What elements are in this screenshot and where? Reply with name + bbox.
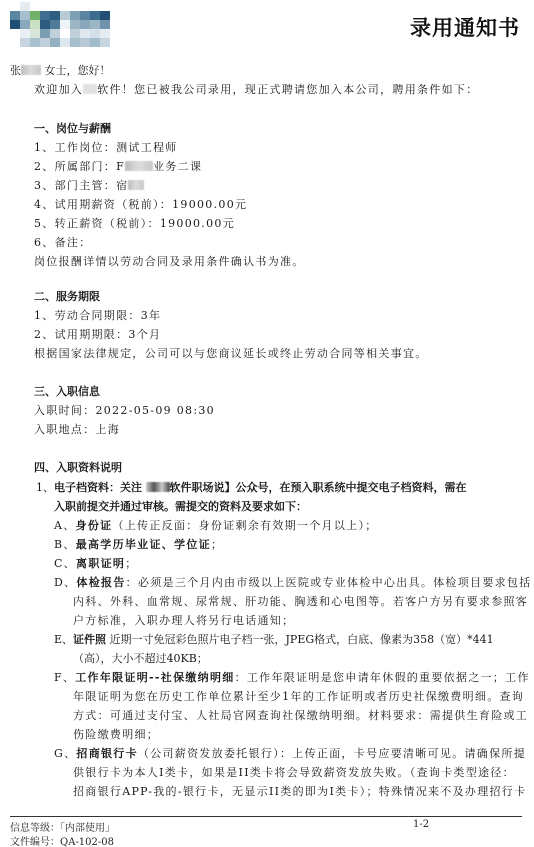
item-label: 2、所属部门：: [34, 160, 116, 173]
item-value: 3年: [141, 309, 162, 322]
section-heading-onboarding: 三、入职信息: [34, 385, 100, 399]
company-logo: [10, 2, 120, 48]
item-probation-salary: 4、试用期薪资（税前）：19000.00元: [34, 198, 247, 212]
item-number: 1、: [36, 481, 54, 494]
item-department: 2、所属部门：F业务二课: [34, 160, 202, 174]
material-medical-report-line-3: 户方标准，入职办理人将另行电话通知；: [73, 614, 294, 628]
section-heading-materials: 四、入职资料说明: [34, 461, 122, 475]
item-desc: ：工作年限证明是您申请年休假的重要依据之一；工作: [235, 671, 530, 684]
material-bank-card-line-3: 招商银行APP-我的-银行卡，无显示II类的即为I类卡）；特殊情况来不及办理招行…: [73, 785, 526, 799]
item-title: 最高学历毕业证、学位证: [76, 538, 211, 551]
item-label: 5、转正薪资（税前）：: [34, 217, 160, 230]
footer-info-level: 信息等级：「内部使用」: [10, 819, 115, 834]
material-bank-card: G、招商银行卡（公司薪资发放委托银行）：上传正面，卡号应要清晰可见。请确保所提: [54, 747, 526, 761]
section-heading-term: 二、服务期限: [34, 290, 100, 304]
item-value: 19000.00元: [160, 217, 235, 230]
onboarding-time: 入职时间：2022-05-09 08:30: [34, 404, 215, 418]
salutation: 张 女士，您好！: [10, 64, 111, 78]
item-value-prefix: F: [116, 160, 125, 173]
material-photo: E、证件照 近期一寸免冠彩色照片电子档一张，JPEG格式，白底、像素为358（宽…: [54, 633, 494, 647]
item-value: 上海: [96, 423, 121, 436]
page-number: 1-2: [413, 819, 429, 830]
item-value: 19000.00元: [172, 198, 247, 211]
onboarding-place: 入职地点：上海: [34, 423, 120, 437]
item-value-suffix: 业务二课: [153, 160, 202, 173]
item-title: 身份证: [76, 519, 113, 532]
item-letter: B、: [54, 538, 76, 551]
item-letter: A、: [54, 519, 76, 532]
item-letter: F、: [54, 671, 75, 684]
redacted-department: [125, 161, 153, 171]
material-resignation-cert: C、离职证明；: [54, 557, 138, 571]
item-value: 测试工程师: [116, 141, 178, 154]
salutation-surname: 张: [10, 64, 21, 77]
item-probation-term: 2、试用期期限：3个月: [34, 328, 161, 342]
item-label: 1、工作岗位：: [34, 141, 116, 154]
item-desc: （公司薪资发放委托银行）：上传正面，卡号应要清晰可见。请确保所提: [138, 747, 526, 760]
materials-item-1-line-2: 入职前提交并通过审核。需提交的资料及要求如下：: [54, 500, 307, 514]
material-id-card: A、身份证（上传正反面：身份证剩余有效期一个月以上）；: [54, 519, 378, 533]
redacted-company: [83, 84, 97, 94]
material-bank-card-line-2: 供银行卡为本人I类卡，如果是II类卡将会导致薪资发放失败。（查询卡类型途径：: [73, 766, 515, 780]
item-desc: ；: [211, 538, 223, 551]
item-job-title: 1、工作岗位：测试工程师: [34, 141, 178, 155]
material-work-years-proof-line-2: 年限证明为您在历史工作单位累计至少1年的工作证明或者历史社保缴费明细。查询: [73, 690, 524, 704]
item-title: 体检报告: [76, 576, 125, 589]
item-desc: ：必须是三个月内由市级以上医院或专业体检中心出具。体检项目要求包括: [126, 576, 532, 589]
item-label: 入职时间：: [34, 404, 96, 417]
material-work-years-proof: F、工作年限证明--社保缴纳明细：工作年限证明是您申请年休假的重要依据之一；工作: [54, 671, 530, 685]
salutation-suffix: 女士，您好！: [45, 64, 111, 77]
section-heading-position: 一、岗位与薪酬: [34, 122, 111, 136]
item-letter: D、: [54, 576, 76, 589]
item-desc: 近期一寸免冠彩色照片电子档一张，JPEG格式，白底、像素为358（宽）*441: [106, 633, 494, 646]
item-label: 3、部门主管：: [34, 179, 116, 192]
document-title: 录用通知书: [410, 12, 520, 42]
item-title: 离职证明: [76, 557, 125, 570]
term-note: 根据国家法律规定，公司可以与您商议延长或终止劳动合同等相关事宜。: [34, 347, 428, 361]
footer-label: 文件编号：: [10, 837, 60, 847]
footer-value: QA-102-08: [60, 837, 114, 847]
item-value: 3个月: [128, 328, 161, 341]
position-note: 岗位报酬详情以劳动合同及录用条件确认书为准。: [34, 255, 305, 269]
intro-paragraph: 欢迎加入软件！您已被我公司录用，现正式聘请您加入本公司，聘用条件如下：: [34, 83, 479, 97]
item-label: 2、试用期期限：: [34, 328, 128, 341]
item-letter: G、: [54, 747, 76, 760]
item-letter: E、: [54, 633, 73, 646]
item-contract-term: 1、劳动合同期限：3年: [34, 309, 161, 323]
redacted-supervisor: [128, 180, 144, 190]
item-text: 软件职场说】公众号，在预入职系统中提交电子档资料，需在: [170, 481, 467, 494]
item-title: 工作年限证明--社保缴纳明细: [75, 671, 234, 684]
item-supervisor: 3、部门主管：宿: [34, 179, 144, 193]
material-diploma: B、最高学历毕业证、学位证；: [54, 538, 223, 552]
material-work-years-proof-line-4: 伤险缴费明细；: [73, 728, 159, 742]
redacted-account: [146, 482, 170, 492]
item-letter: C、: [54, 557, 76, 570]
footer-divider: [10, 816, 522, 817]
footer-doc-number: 文件编号：QA-102-08: [10, 833, 114, 847]
item-value-prefix: 宿: [116, 179, 128, 192]
item-regular-salary: 5、转正薪资（税前）：19000.00元: [34, 217, 235, 231]
material-medical-report-line-2: 内科、外科、血常规、尿常规、肝功能、胸透和心电图等。若客户方另有要求参照客: [73, 595, 528, 609]
redacted-name: [21, 65, 41, 75]
material-photo-line-2: （高），大小不超过40KB；: [73, 652, 208, 666]
item-title: 证件照: [73, 633, 106, 646]
item-remarks: 6、备注：: [34, 236, 92, 250]
item-label: 6、备注：: [34, 236, 92, 249]
item-value: 2022-05-09 08:30: [96, 404, 215, 417]
intro-prefix: 欢迎加入: [34, 83, 83, 96]
item-title: 招商银行卡: [76, 747, 138, 760]
item-label: 入职地点：: [34, 423, 96, 436]
item-desc: ；: [125, 557, 137, 570]
intro-suffix: 软件！您已被我公司录用，现正式聘请您加入本公司，聘用条件如下：: [97, 83, 478, 96]
item-label: 1、劳动合同期限：: [34, 309, 141, 322]
item-label: 4、试用期薪资（税前）：: [34, 198, 172, 211]
material-work-years-proof-line-3: 方式：可通过支付宝、人社局官网查询社保缴纳明细。材料要求：需提供生育险或工: [73, 709, 528, 723]
item-desc: （上传正反面：身份证剩余有效期一个月以上）；: [112, 519, 377, 532]
item-text: 电子档资料：关注: [54, 481, 142, 494]
material-medical-report: D、体检报告：必须是三个月内由市级以上医院或专业体检中心出具。体检项目要求包括: [54, 576, 532, 590]
materials-item-1-line-1: 1、电子档资料：关注 软件职场说】公众号，在预入职系统中提交电子档资料，需在: [36, 481, 467, 495]
